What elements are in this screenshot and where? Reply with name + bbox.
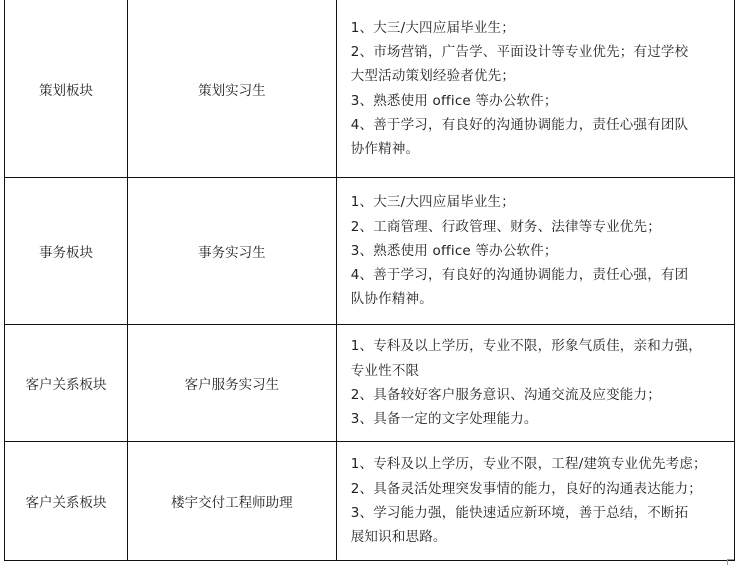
requirement-line: 1、大三/大四应届毕业生；: [351, 190, 734, 214]
position-cell: 策划实习生: [128, 0, 337, 178]
table-resize-handle[interactable]: [727, 559, 734, 565]
requirement-line: 协作精神。: [351, 137, 734, 161]
requirement-line: 3、熟悉使用 office 等办公软件；: [351, 89, 734, 113]
requirements-cell: 1、大三/大四应届毕业生； 2、市场营销，广告学、平面设计等专业优先；有过学校 …: [336, 0, 734, 178]
table-row: 客户关系板块 客户服务实习生 1、专科及以上学历，专业不限，形象气质佳，亲和力强…: [5, 325, 735, 442]
department-cell: 客户关系板块: [5, 325, 128, 442]
requirement-line: 1、专科及以上学历，专业不限，工程/建筑专业优先考虑；: [351, 452, 734, 476]
requirements-cell: 1、大三/大四应届毕业生； 2、工商管理、行政管理、财务、法律等专业优先； 3、…: [336, 178, 734, 325]
requirement-line: 3、学习能力强，能快速适应新环境，善于总结，不断拓: [351, 501, 734, 525]
requirement-line: 4、善于学习，有良好的沟通协调能力，责任心强，有团: [351, 263, 734, 287]
requirements-cell: 1、专科及以上学历，专业不限，工程/建筑专业优先考虑； 2、具备灵活处理突发事情…: [336, 442, 734, 561]
position-cell: 楼宇交付工程师助理: [128, 442, 337, 561]
internship-positions-table: 策划板块 策划实习生 1、大三/大四应届毕业生； 2、市场营销，广告学、平面设计…: [4, 0, 735, 561]
requirements-cell: 1、专科及以上学历，专业不限，形象气质佳，亲和力强， 专业性不限 2、具备较好客…: [336, 325, 734, 442]
requirement-line: 2、具备较好客户服务意识、沟通交流及应变能力；: [351, 383, 734, 407]
table-row: 策划板块 策划实习生 1、大三/大四应届毕业生； 2、市场营销，广告学、平面设计…: [5, 0, 735, 178]
requirement-line: 3、熟悉使用 office 等办公软件；: [351, 239, 734, 263]
requirement-line: 2、市场营销，广告学、平面设计等专业优先；有过学校: [351, 40, 734, 64]
requirement-line: 专业性不限: [351, 359, 734, 383]
requirement-line: 展知识和思路。: [351, 525, 734, 549]
requirement-line: 3、具备一定的文字处理能力。: [351, 407, 734, 431]
table-row: 事务板块 事务实习生 1、大三/大四应届毕业生； 2、工商管理、行政管理、财务、…: [5, 178, 735, 325]
requirement-line: 2、工商管理、行政管理、财务、法律等专业优先；: [351, 215, 734, 239]
department-cell: 事务板块: [5, 178, 128, 325]
department-cell: 策划板块: [5, 0, 128, 178]
position-cell: 事务实习生: [128, 178, 337, 325]
requirement-line: 大型活动策划经验者优先；: [351, 64, 734, 88]
requirement-line: 队协作精神。: [351, 287, 734, 311]
department-cell: 客户关系板块: [5, 442, 128, 561]
requirement-line: 4、善于学习，有良好的沟通协调能力，责任心强有团队: [351, 113, 734, 137]
requirement-line: 2、具备灵活处理突发事情的能力，良好的沟通表达能力；: [351, 477, 734, 501]
table-row: 客户关系板块 楼宇交付工程师助理 1、专科及以上学历，专业不限，工程/建筑专业优…: [5, 442, 735, 561]
position-cell: 客户服务实习生: [128, 325, 337, 442]
requirement-line: 1、大三/大四应届毕业生；: [351, 16, 734, 40]
requirement-line: 1、专科及以上学历，专业不限，形象气质佳，亲和力强，: [351, 334, 734, 358]
